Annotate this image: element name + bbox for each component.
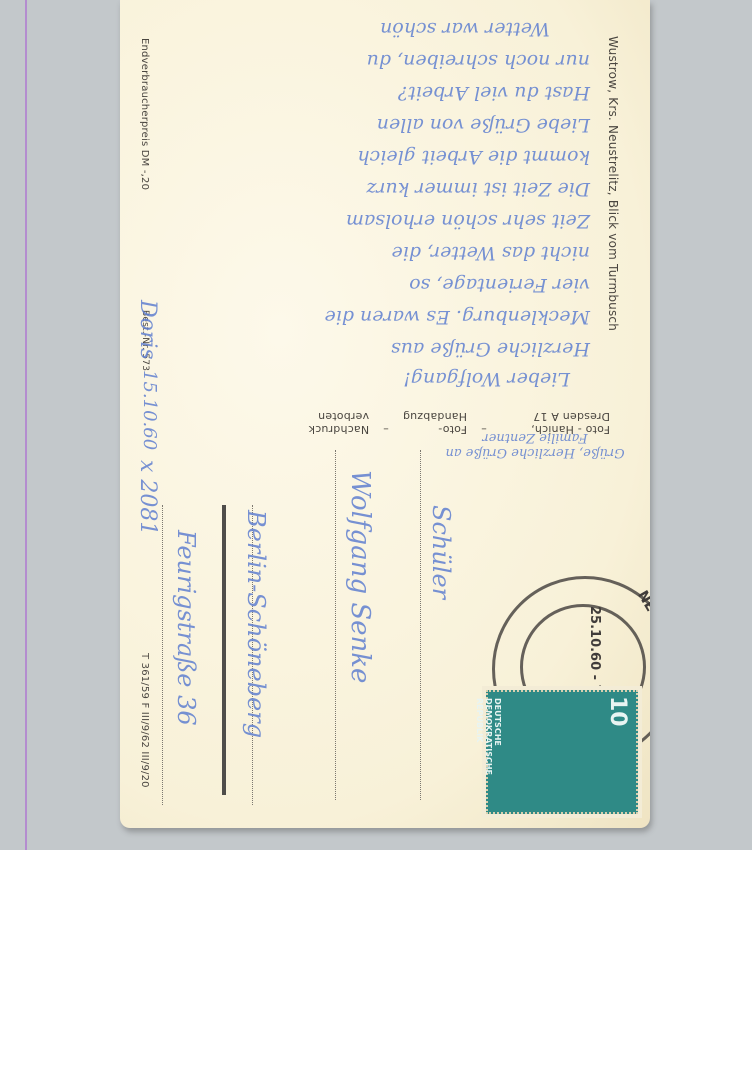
message-line: vier Ferientage, so — [409, 274, 590, 296]
message-line: Liebe Grüße von allen — [377, 114, 590, 136]
address-line3: Berlin-Schöneberg — [242, 510, 270, 738]
message-line: kommt die Arbeit gleich — [357, 146, 590, 168]
stamp-value: 10 — [605, 696, 630, 727]
postal-code: x 2081 — [135, 460, 160, 535]
address-line-guide — [335, 450, 336, 800]
address-line-guide — [162, 505, 163, 805]
message-line: Mecklenburg. Es waren die — [325, 306, 590, 328]
message-line: Zeit sehr schön erholsam — [346, 210, 590, 232]
message-area: Lieber Wolfgang! Herzliche Grüße aus Mec… — [140, 0, 610, 400]
postcard-back: Wustrow, Krs. Neustrelitz, Blick vom Tur… — [120, 0, 650, 828]
signature: Doris — [135, 300, 160, 360]
address-line1: Schüler — [427, 505, 455, 599]
print-codes: T 361/59 F III/9/62 III/9/20 — [139, 653, 150, 788]
guide-line — [25, 0, 27, 850]
message-line: nicht das Wetter, die — [392, 242, 590, 264]
separator: – — [383, 410, 389, 436]
message-line: Lieber Wolfgang! — [403, 368, 570, 390]
address-line4: Feurigstraße 36 — [172, 530, 200, 726]
address-line-guide — [420, 450, 421, 800]
message-line: Hast du viel Arbeit? — [398, 82, 590, 104]
address-divider — [222, 505, 226, 795]
message-line: Die Zeit ist immer kurz — [366, 178, 590, 200]
address-line2: Wolfgang Senke — [345, 470, 375, 683]
reprint-note: Nachdruck verboten — [290, 410, 369, 436]
date-line: 15.10.60 — [139, 370, 160, 450]
message-line: Herzliche Grüße aus — [391, 338, 590, 360]
message-line: nur noch schreiben, du — [367, 50, 590, 72]
message-line: Wetter war schön — [380, 18, 550, 40]
postage-stamp: DEUTSCHE DEMOKRATISCHE REPUBLIK 10 — [486, 690, 638, 814]
margin-note: Grüße, Herzliche Grüße an Familie Zentne… — [430, 430, 640, 460]
postmark-date: 25.10.60 - 7 — [587, 606, 602, 694]
stamp-country: DEUTSCHE DEMOKRATISCHE REPUBLIK — [475, 698, 502, 808]
